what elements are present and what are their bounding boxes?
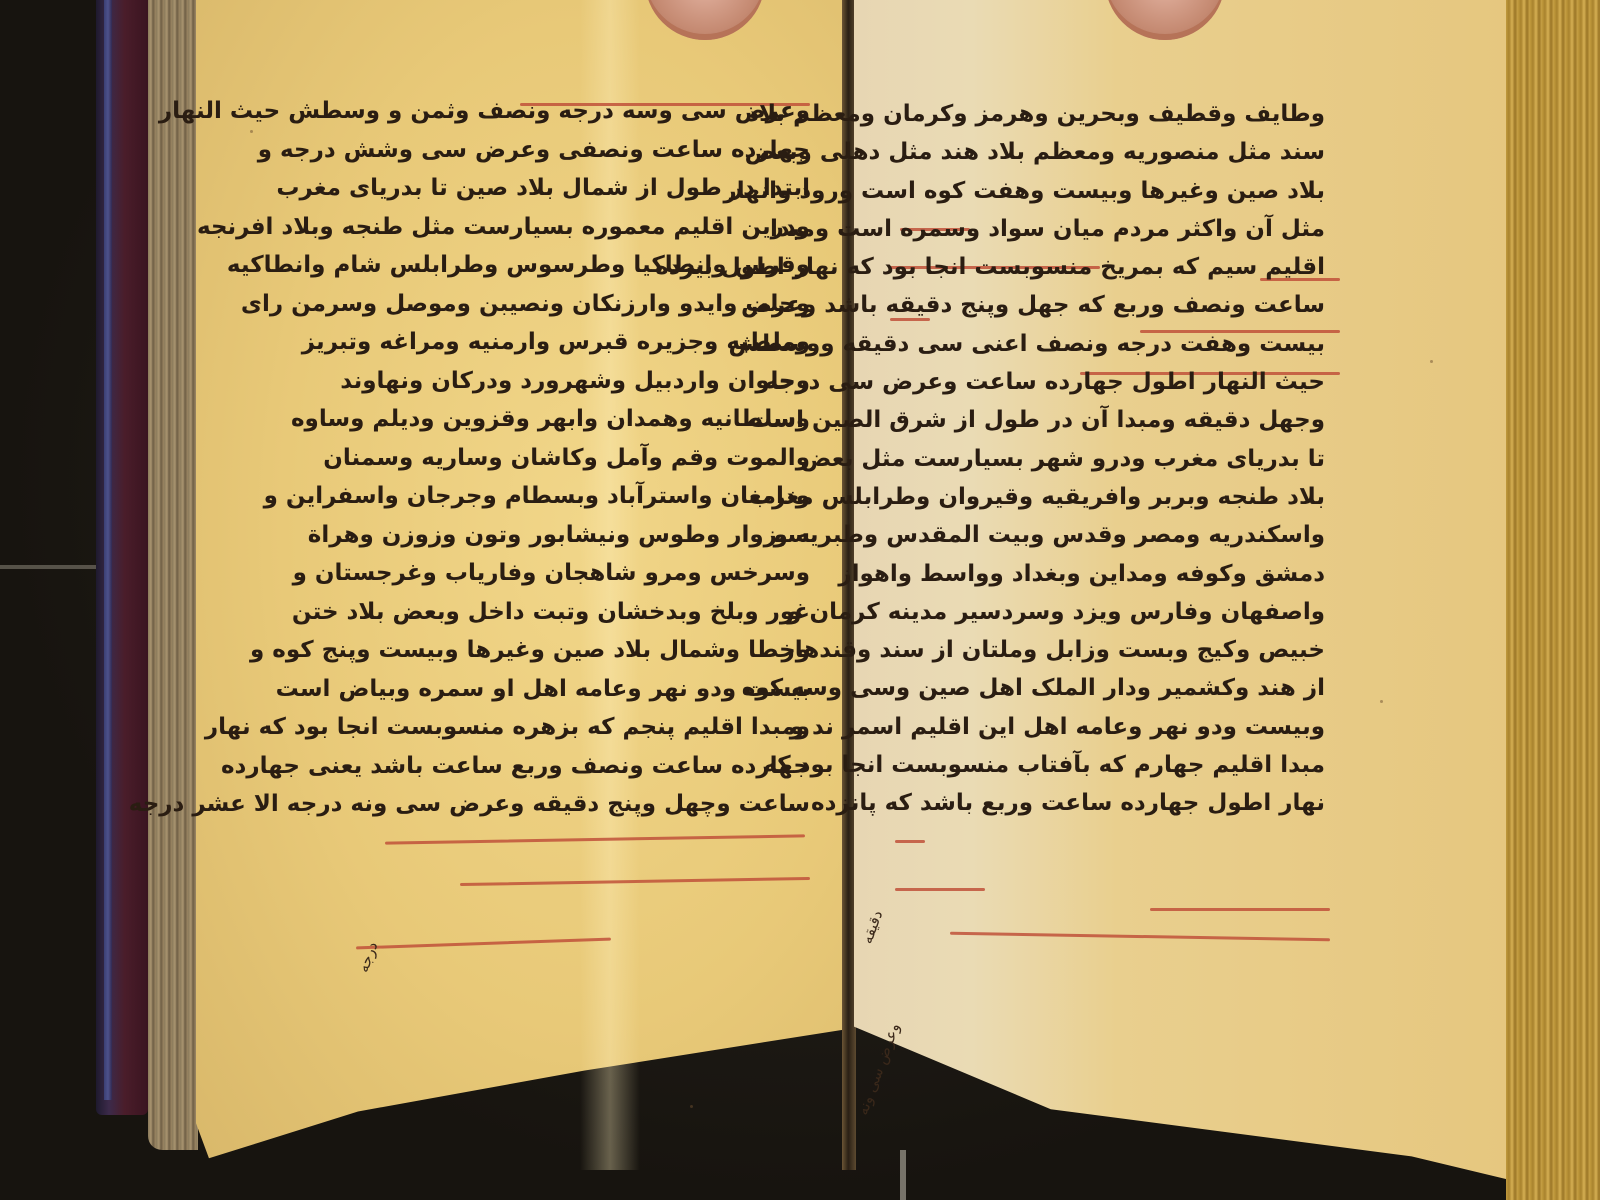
text-line: ومبدا اقلیم پنجم که بزهره منسوبست انجا ب… xyxy=(355,708,810,747)
text-line: وسلطانیه وهمدان وابهر وقزوین ودیلم وساوه xyxy=(355,400,810,439)
text-line: جهارده ساعت ونصف وربع ساعت باشد یعنی جها… xyxy=(355,747,810,786)
text-line: مبدا اقلیم جهارم که بآفتاب منسوبست انجا … xyxy=(880,746,1325,784)
rubric-line xyxy=(1150,908,1330,911)
table-seam xyxy=(900,1150,906,1200)
text-line: حیث النهار اطول جهارده ساعت وعرض سی درجه xyxy=(880,363,1325,401)
book-cover-edge xyxy=(104,0,112,1100)
table-seam xyxy=(0,565,100,569)
text-line: تا بدریای مغرب ودرو شهر بسیارست مثل بعض xyxy=(880,440,1325,478)
text-line: وسرخس ومرو شاهجان وفاریاب وغرجستان و xyxy=(355,554,810,593)
text-line: وخطا وشمال بلاد صین وغیرها وبیست وپنج کو… xyxy=(355,631,810,670)
text-line: وطایف وقطیف وبحرین وهرمز وکرمان ومعظم بل… xyxy=(880,95,1325,133)
right-page-text: وطایف وقطیف وبحرین وهرمز وکرمان ومعظم بل… xyxy=(880,95,1325,823)
text-line: ساعت ونصف وربع که جهل وپنج دقیقه باشد وع… xyxy=(880,286,1325,324)
text-line: خبیص وکیج وبست وزابل وملتان از سند وقنده… xyxy=(880,631,1325,669)
text-line: مثل آن واکثر مردم میان سواد وسمره است وم… xyxy=(880,210,1325,248)
paper-speck xyxy=(690,1105,693,1108)
text-line: وجهل دقیقه ومبدا آن در طول از شرق الصین … xyxy=(880,401,1325,439)
text-line: از هند وکشمیر ودار الملک اهل صین وسی وسه… xyxy=(880,669,1325,707)
text-line: بلاد طنجه وبربر وافریقیه وقیروان وطرابلس… xyxy=(880,478,1325,516)
text-line: نهار اطول جهارده ساعت وربع باشد که پانزد… xyxy=(880,784,1325,822)
text-line: وعرض سی وسه درجه ونصف وثمن و وسطش حیث ال… xyxy=(355,92,810,131)
text-line: سبزوار وطوس ونیشابور وتون وزوزن وهراة xyxy=(355,516,810,555)
text-line: سند مثل منصوریه ومعظم بلاد هند مثل دهلی … xyxy=(880,133,1325,171)
text-line: ساعت وچهل وپنج دقیقه وعرض سی ونه درجه ال… xyxy=(355,785,810,824)
rubric-line xyxy=(895,840,925,843)
text-line: دمشق وکوفه ومداین وبغداد وواسط واهواز xyxy=(880,555,1325,593)
text-line: بیست وهفت درجه ونصف اعنی سی دقیقه ووسطش xyxy=(880,325,1325,363)
right-page-stack xyxy=(1506,0,1600,1200)
paper-speck xyxy=(1380,700,1383,703)
text-line: والموت وقم وآمل وکاشان وساریه وسمنان xyxy=(355,439,810,478)
text-line: اقلیم سیم که بمریخ منسوبست انجا بود که ن… xyxy=(880,248,1325,286)
text-line: جهارده ساعت ونصفی وعرض سی وشش درجه و xyxy=(355,131,810,170)
left-page-stack xyxy=(148,0,198,1150)
text-line: وبیست ودو نهر وعامه اهل این اقلیم اسمر ن… xyxy=(880,708,1325,746)
text-line: بلاد صین وغیرها وبیست وهفت کوه است ورود … xyxy=(880,172,1325,210)
text-line: واصفهان وفارس ویزد وسردسیر مدینه کرمان و xyxy=(880,593,1325,631)
rubric-line xyxy=(895,888,985,891)
text-line: وحلوان واردبیل وشهرورد ودرکان ونهاوند xyxy=(355,362,810,401)
text-line: واسکندریه ومصر وقدس وبیت المقدس وطبریه و xyxy=(880,516,1325,554)
text-line: ودرین اقلیم معموره بسیارست مثل طنجه وبلا… xyxy=(355,208,810,247)
text-line: ودامغان واسترآباد وبسطام وجرجان واسفراین… xyxy=(355,477,810,516)
paper-speck xyxy=(1430,360,1433,363)
text-line: غور وبلخ وبدخشان وتبت داخل وبعض بلاد ختن xyxy=(355,593,810,632)
